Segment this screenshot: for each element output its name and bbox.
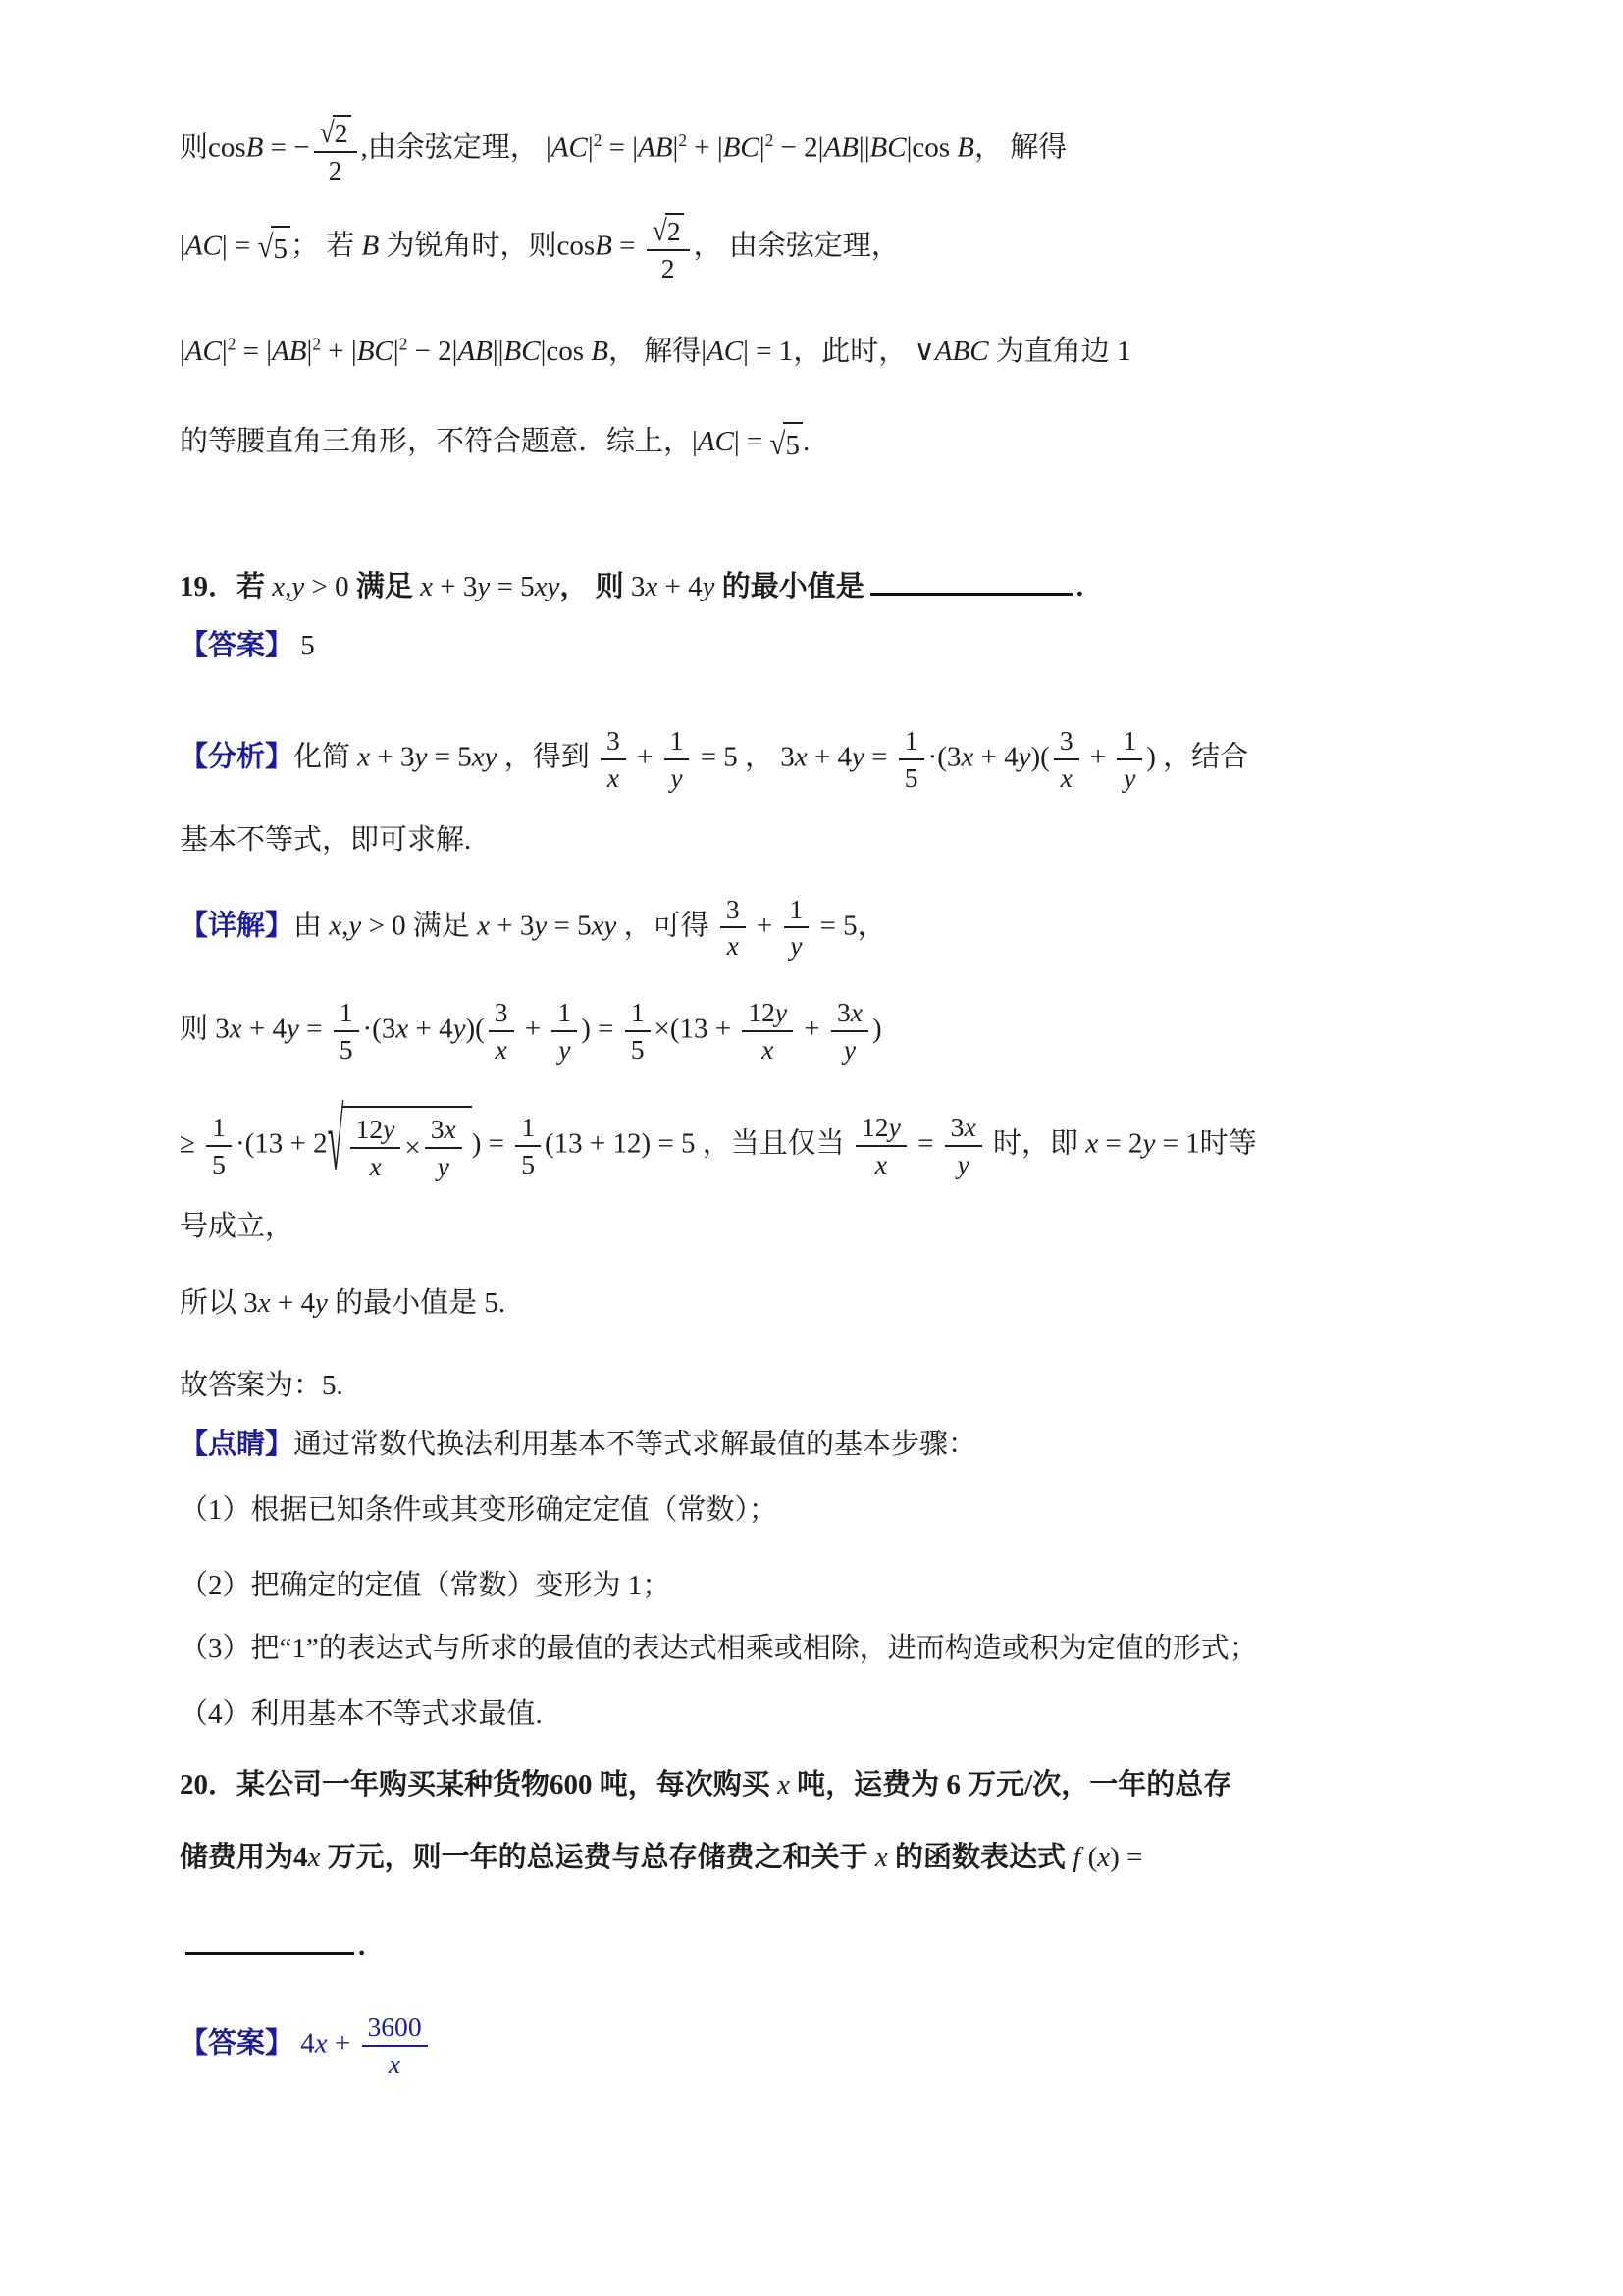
fraction: 12yx [742,997,793,1065]
text-run: + [797,1013,827,1044]
text-run: = 5 [427,742,471,773]
bold-text-run: 20．某公司一年购买某种货物600 吨，每次购买 [180,1769,777,1800]
text-run: 12 [748,997,775,1027]
math-var: x [444,1114,455,1144]
math-var: x [258,1287,271,1319]
math-var: y [790,930,802,961]
sol18-AC-sqrt5-line: |AC| = √5； 若 B 为锐角时，则cosB = √22， 由余弦定理， [180,208,1515,288]
text-run: ， 解得 [974,131,1067,163]
math-var: B [361,230,379,261]
text-run: 5 [631,1034,645,1065]
fraction: 3xy [945,1112,982,1179]
text-run: 3 [726,894,740,924]
text-run: 2 [335,118,348,149]
radical-sign-icon: √ [320,115,335,149]
text-run: + | [687,131,723,163]
numerator: 3x [831,997,868,1032]
math-var: AC [185,336,222,367]
math-var: AC [185,230,222,261]
numerator: 3 [720,894,746,929]
text-run: ，可得 [616,910,716,941]
superscript: 2 [312,335,321,354]
answer-blank [185,1923,354,1955]
text-run: 3 [837,997,851,1027]
math-var: y [1124,762,1135,793]
text-run: ，得到 [497,742,598,773]
answer-20: 【答案】 4x + 3600x [180,2008,1515,2083]
text-run: || [493,336,504,367]
text-run: + 4 [973,742,1018,773]
text-run: | = [734,426,770,457]
fraction: 1y [664,725,690,793]
denominator: 5 [899,760,924,794]
document-content: 则cosB = −√22,由余弦定理， |AC|2 = |AB|2 + |BC|… [180,110,1515,2084]
math-var: BC [504,336,541,367]
bold-text-run: 储费用为4 [180,1842,308,1873]
math-var: ABC [935,336,989,367]
radicand: 5 [271,226,290,270]
square-root: √5 [258,226,290,270]
math-var: AC [698,426,734,457]
text-run: ， 解得| [608,336,707,367]
math-var: xy [535,571,560,602]
math-var: y [958,1149,969,1179]
text-run: + [1083,742,1114,773]
text-run: （2）把确定的定值（常数）变形为 1； [180,1570,670,1601]
fraction: 1y [551,997,577,1065]
text-run: ， 由余弦定理， [694,230,900,261]
text-run: （4）利用基本不等式求最值. [180,1698,543,1730]
question-20-line1: 20．某公司一年购买某种货物600 吨，每次购买 x 吨，运费为 6 万元/次，… [180,1764,1515,1805]
math-var: x [329,910,341,941]
numerator: √2 [314,114,357,153]
denominator: x [490,1032,513,1066]
text-run: )( [465,1013,484,1044]
denominator: y [432,1149,455,1182]
text-run: = − [263,131,309,163]
text-run: 1 [212,1112,226,1142]
bold-text-run: ， 则 [559,571,631,602]
math-var: B [595,230,612,261]
fraction: 1y [784,894,810,962]
text-run: 号成立， [180,1211,293,1242]
fraction: 12yx [350,1114,401,1181]
text-run: + 4 [657,571,702,602]
math-var: y [287,1013,299,1044]
math-var: y [348,910,361,941]
numerator: 1 [206,1112,232,1147]
math-var: x [369,1151,381,1181]
math-var: AB [457,336,492,367]
text-run: 2 [661,253,675,284]
fraction: 3xy [831,997,868,1065]
text-run: + [750,910,780,941]
text-run: 为锐角时，则cos [379,230,595,261]
numerator: 1 [784,894,810,929]
text-run: . [803,426,810,457]
text-run: + | [321,336,357,367]
bold-text-run: . [358,1930,365,1961]
math-var: x [645,571,657,602]
numerator: 12y [350,1114,401,1149]
denominator: x [383,2047,406,2080]
text-run: × [404,1127,420,1169]
tip-19: 【点睛】通过常数代换法利用基本不等式求解最值的基本步骤： [180,1424,1515,1465]
text-run: = [299,1013,330,1044]
math-var: xy [592,910,617,941]
text-run: 1 [670,725,684,756]
question-20-line2: 储费用为4x 万元，则一年的总运费与总存储费之和关于 x 的函数表达式 f (x… [180,1837,1515,1878]
square-root: √12yx×3xy [328,1106,472,1185]
math-var: x [607,762,619,793]
denominator: 5 [206,1147,232,1180]
text-run: 的最小值是 5. [328,1287,505,1319]
bold-text-run: 万元，则一年的总运费与总存储费之和关于 [320,1842,875,1873]
text-run: = 2 [1098,1128,1142,1160]
math-var: x [357,742,370,773]
fraction: 15 [625,997,651,1065]
math-var: y [852,742,864,773]
text-run: 所以 3 [180,1287,258,1319]
text-run: + 4 [808,742,852,773]
section-label: 【答案】 [180,2028,293,2060]
denominator: x [869,1147,893,1180]
math-var: x [389,2049,400,2079]
numerator: 12y [856,1112,907,1147]
math-var: x [1061,762,1073,793]
denominator: x [363,1149,387,1182]
fraction: 15 [206,1112,232,1179]
math-var: y [1142,1128,1155,1160]
numerator: 12y [742,997,793,1032]
text-run: 3 [606,725,620,756]
fraction: 3x [601,725,626,793]
text-run: 3 [951,1112,965,1142]
text-run: 3 [431,1114,445,1144]
math-var: BC [723,131,759,163]
text-run: 12 [862,1112,889,1142]
fraction: 3600x [362,2011,428,2079]
math-var: y [383,1114,394,1144]
text-run: + 4 [271,1287,315,1319]
math-var: y [844,1034,856,1065]
text-run: 5 [785,425,800,466]
square-root: √2 [653,213,684,247]
math-var: y [775,997,787,1027]
denominator: 2 [323,153,348,186]
text-run: ( [1080,1842,1097,1873]
math-var: x [308,1842,321,1873]
text-run: （3）把“1”的表达式与所求的最值的表达式相乘或相除，进而构造或积为定值的形式； [180,1633,1258,1664]
text-run: 时，即 [986,1128,1086,1160]
denominator: y [838,1032,862,1066]
denominator: y [952,1147,975,1180]
fraction: 3x [1054,725,1079,793]
fraction: 12yx [856,1112,907,1179]
math-var: y [291,571,304,602]
math-var: y [1019,742,1031,773]
text-run: = 5 [490,571,534,602]
denominator: x [1055,760,1078,794]
tip-19-step1: （1）根据已知条件或其变形确定定值（常数）； [180,1489,1515,1531]
fraction: √22 [647,212,690,285]
analysis-19-cont: 基本不等式，即可求解. [180,819,1515,861]
text-run: = [864,742,895,773]
denominator: 5 [625,1032,651,1066]
fraction: 1y [1117,725,1142,793]
text-run: + 3 [370,742,414,773]
text-run: ) [872,1013,882,1044]
tip-19-step3: （3）把“1”的表达式与所求的最值的表达式相乘或相除，进而构造或积为定值的形式； [180,1628,1515,1669]
text-run: 5 [905,762,918,793]
fraction: 15 [515,1112,541,1179]
numerator: 1 [515,1112,541,1147]
fraction: 3x [489,997,514,1065]
math-var: AC [707,336,743,367]
numerator: 1 [334,997,359,1032]
text-run: ) = [581,1013,621,1044]
text-run: = 5 ， 3 [693,742,794,773]
text-run: 1 [631,997,645,1027]
bold-text-run: 吨，运费为 6 万元/次，一年的总存 [790,1769,1231,1800]
superscript: 2 [399,335,408,354]
numerator: 3600 [362,2011,428,2047]
section-label: 【详解】 [180,910,293,941]
bold-text-run: 的函数表达式 [888,1842,1073,1873]
text-run: ≥ [180,1128,202,1160]
text-run: 的等腰直角三角形，不符合题意．综上，| [180,426,698,457]
text-run: + 3 [433,571,477,602]
math-var: B [957,131,974,163]
text-run: 1 [790,894,804,924]
text-run: 5 [212,1149,226,1179]
math-var: x [851,997,863,1027]
math-var: y [438,1151,449,1181]
text-run: 4 [293,2028,315,2060]
math-var: x [964,1112,975,1142]
text-run: （1）根据已知条件或其变形确定定值（常数）； [180,1494,777,1526]
detail-19-final-answer: 故答案为：5. [180,1365,1515,1406]
text-run: ) = [472,1128,512,1160]
denominator: x [602,760,625,794]
math-var: y [703,571,715,602]
math-var: y [315,1287,328,1319]
square-root: √5 [770,422,803,466]
math-var: BC [357,336,393,367]
detail-19-line1: 【详解】由 x,y > 0 满足 x + 3y = 5xy ，可得 3x + 1… [180,890,1515,965]
text-run: + [518,1013,549,1044]
bold-text-run: . [1076,571,1083,602]
text-run: = 1时等 [1155,1128,1256,1160]
math-var: x [420,571,433,602]
radicand: 12yx×3xy [342,1106,472,1185]
text-run: 1 [557,997,571,1027]
text-run: 1 [1123,725,1136,756]
text-run: + 4 [242,1013,287,1044]
text-run: )( [1030,742,1049,773]
radical-sign-icon: √ [653,213,667,247]
text-run: 由 [293,910,329,941]
math-var: B [246,131,264,163]
superscript: 2 [678,130,687,150]
fraction: 15 [334,997,359,1065]
denominator: 5 [334,1032,359,1066]
math-var: y [477,571,490,602]
radical-sign-icon: √ [258,225,274,271]
radical-sign-icon: √ [327,1079,343,1205]
text-run: > 0 满足 [361,910,477,941]
text-run: 则cos [180,131,246,163]
numerator: 1 [664,725,690,760]
math-var: x [230,1013,242,1044]
text-run: 3600 [368,2011,422,2042]
math-var: B [591,336,608,367]
denominator: 2 [655,251,681,285]
text-run: ； 若 [290,230,362,261]
numerator: 1 [625,997,651,1032]
denominator: 5 [515,1147,541,1180]
numerator: 3 [1054,725,1079,760]
denominator: y [784,928,808,962]
sol18-conclusion-line: 的等腰直角三角形，不符合题意．综上，|AC| = √5. [180,421,1515,466]
math-var: y [453,1013,466,1044]
sol18-cosine-rule-line: |AC|2 = |AB|2 + |BC|2 − 2|AB||BC|cos B， … [180,331,1515,372]
text-run: 基本不等式，即可求解. [180,824,471,856]
math-var: x [795,742,808,773]
denominator: y [664,760,688,794]
math-var: x [875,1149,887,1179]
math-var: xy [472,742,497,773]
answer-blank [870,564,1073,596]
tip-19-step4: （4）利用基本不等式求最值. [180,1694,1515,1735]
text-run: 2 [667,216,681,247]
numerator: 3 [601,725,626,760]
numerator: 3 [489,997,514,1032]
analysis-19: 【分析】化简 x + 3y = 5xy ，得到 3x + 1y = 5 ， 3x… [180,721,1515,797]
detail-19-line3: ≥ 15·(13 + 2√12yx×3xy) = 15(13 + 12) = 5… [180,1106,1515,1185]
text-run: 5 [293,630,315,661]
text-run: + 3 [490,910,534,941]
text-run: | = 1，此时， ∨ [743,336,935,367]
math-var: x [761,1034,773,1065]
detail-19-line5: 所以 3x + 4y 的最小值是 5. [180,1282,1515,1324]
math-var: AB [823,131,858,163]
text-run: ×(13 + [654,1013,739,1044]
numerator: 1 [899,725,924,760]
math-var: y [558,1034,570,1065]
math-var: x [477,910,490,941]
text-run: 1 [521,1112,535,1142]
text-run: | = [222,230,258,261]
math-var: x [395,1013,408,1044]
detail-19-line4: 号成立， [180,1206,1515,1247]
question-20-blank: . [180,1923,1515,1966]
sol18-cosB-line: 则cosB = −√22,由余弦定理， |AC|2 = |AB|2 + |BC|… [180,110,1515,190]
numerator: 1 [1117,725,1142,760]
section-label: 【点睛】 [180,1429,293,1460]
fraction: 3xy [425,1114,462,1181]
text-run: = [1126,1842,1142,1873]
denominator: x [756,1032,779,1066]
text-run: 3 [495,997,508,1027]
text-run: = 5， [812,910,885,941]
fraction: √22 [314,114,357,186]
text-run: − 2| [407,336,457,367]
math-var: AB [638,131,672,163]
numerator: 1 [551,997,577,1032]
section-label: 【分析】 [180,742,293,773]
superscript: 2 [765,130,774,150]
math-var: y [889,1112,901,1142]
text-run: ·(13 + 2 [236,1128,328,1160]
text-run: = 5 [547,910,591,941]
text-run: 2 [329,155,342,185]
text-run: 化简 [293,742,357,773]
text-run: 则 3 [180,1013,230,1044]
text-run: ,由余弦定理， | [361,131,551,163]
text-run: ·(3 [363,1013,396,1044]
math-var: x [272,571,285,602]
math-var: x [875,1842,888,1873]
text-run: ·(3 [928,742,962,773]
math-var: y [534,910,547,941]
denominator: y [552,1032,576,1066]
math-var: x [496,1034,507,1065]
denominator: y [1118,760,1141,794]
text-run: 为直角边 1 [989,336,1131,367]
math-var: x [777,1769,790,1800]
math-var: y [415,742,428,773]
numerator: 3x [425,1114,462,1149]
bold-text-run: 19．若 [180,571,272,602]
answer-19: 【答案】 5 [180,625,1515,666]
text-run: = [612,230,643,261]
fraction: 3x [720,894,746,962]
text-run: ) [1110,1842,1126,1873]
text-run: 5 [521,1149,535,1179]
text-run: 通过常数代换法利用基本不等式求解最值的基本步骤： [293,1429,976,1460]
radicand: 2 [665,213,684,247]
math-var: x [315,2028,328,2060]
text-run: || [859,131,870,163]
text-run: − 2| [773,131,823,163]
radicand: 5 [783,422,803,466]
math-var: AC [551,131,588,163]
text-run: ) ，结合 [1146,742,1248,773]
text-run: |cos [907,131,958,163]
numerator: 3x [945,1112,982,1147]
text-run: 1 [905,725,918,756]
bold-text-run: 满足 [356,571,420,602]
text-run: 5 [340,1034,353,1065]
math-var: AB [272,336,306,367]
math-var: BC [870,131,907,163]
math-var: x [961,742,973,773]
document-page: 则cosB = −√22,由余弦定理， |AC|2 = |AB|2 + |BC|… [0,0,1623,2296]
denominator: x [721,928,745,962]
text-run: + [328,2028,358,2060]
text-run: = [911,1128,941,1160]
question-19: 19．若 x,y > 0 满足 x + 3y = 5xy， 则 3x + 4y … [180,564,1515,607]
text-run: (13 + 12) = 5 ，当且仅当 [545,1128,852,1160]
text-run: 3 [1060,725,1073,756]
math-var: y [670,762,682,793]
math-var: x [1097,1842,1110,1873]
tip-19-step2: （2）把确定的定值（常数）变形为 1； [180,1565,1515,1606]
radical-sign-icon: √ [770,421,786,467]
text-run: = | [236,336,272,367]
text-run: 故答案为：5. [180,1370,343,1401]
